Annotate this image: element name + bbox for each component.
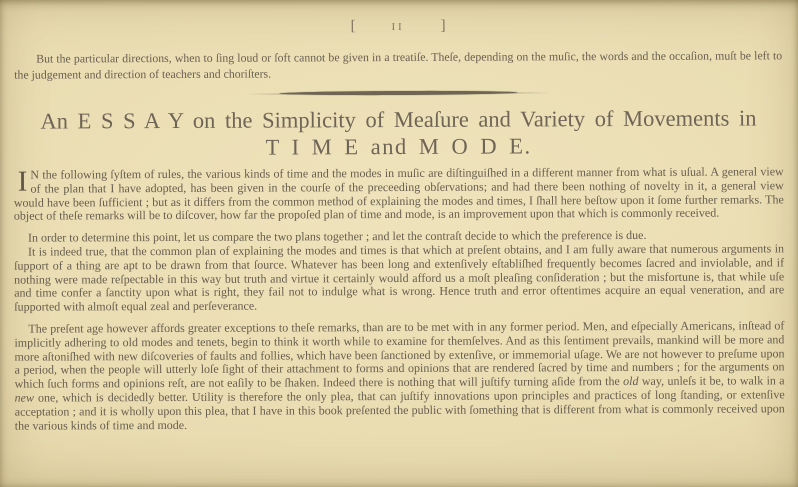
essay-paragraph-1-text: N the following ſyſtem of rules, the var… xyxy=(14,164,784,223)
italic-word-old: old xyxy=(623,374,638,388)
essay-paragraph-1: IN the following ſyſtem of rules, the va… xyxy=(14,165,784,224)
drop-cap: I xyxy=(14,169,31,194)
essay-paragraph-4-text-2: way, unleſs it be, to walk in a xyxy=(638,373,784,388)
folio-bracket-left: [ xyxy=(351,18,356,35)
folio-bracket-right: ] xyxy=(441,17,446,34)
folio-number: II xyxy=(392,21,405,32)
essay-paragraph-4: The preſent age however affords greater … xyxy=(14,319,784,433)
scanned-page: [ II ] But the particular directions, wh… xyxy=(0,0,798,487)
intro-paragraph: But the particular directions, when to ſ… xyxy=(14,48,782,82)
italic-word-new: new xyxy=(15,391,34,405)
page-content: [ II ] But the particular directions, wh… xyxy=(0,0,798,487)
essay-title-line2: T I M E and M O D E. xyxy=(13,132,785,162)
essay-paragraph-3: It is indeed true, that the common plan … xyxy=(14,242,784,314)
folio-header: [ II ] xyxy=(12,14,784,37)
essay-body: IN the following ſyſtem of rules, the va… xyxy=(14,165,785,433)
essay-title: An E S S A Y on the Simplicity of Meaſur… xyxy=(12,105,784,161)
essay-paragraph-4-text-3: one, which is decidedly better. Utility … xyxy=(15,387,785,432)
essay-title-line1: An E S S A Y on the Simplicity of Meaſur… xyxy=(12,105,784,135)
swelled-rule-divider xyxy=(279,90,517,95)
